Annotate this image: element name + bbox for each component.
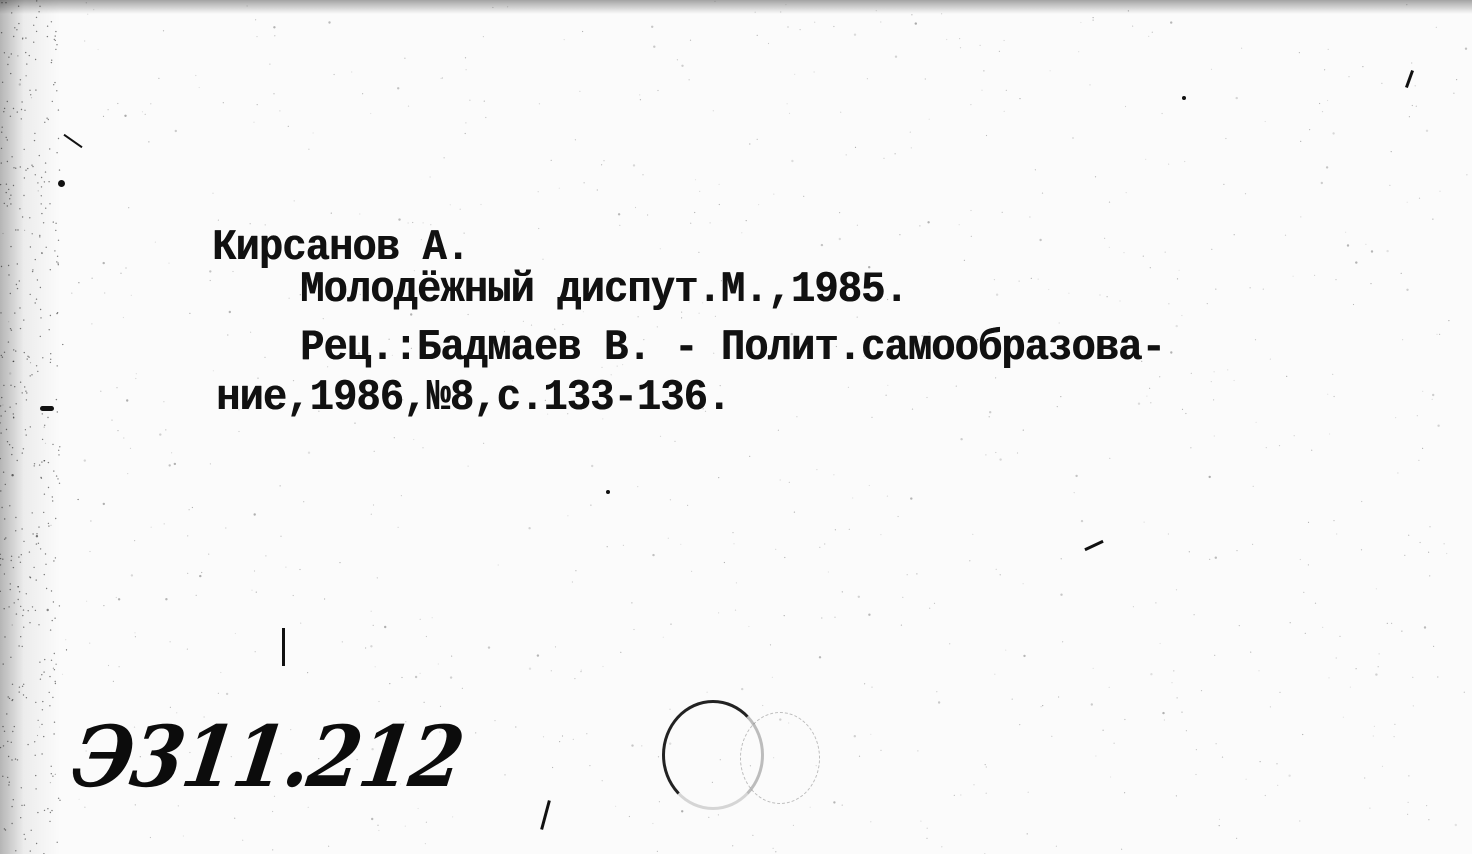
stray-mark xyxy=(1084,540,1103,551)
stray-mark xyxy=(63,134,82,148)
stray-mark xyxy=(540,800,551,830)
card-author: Кирсанов А. xyxy=(212,226,469,270)
stray-mark xyxy=(1405,70,1414,88)
scan-top-edge xyxy=(0,0,1472,14)
catalog-card: Кирсанов А. Молодёжный диспут.М.,1985. Р… xyxy=(0,0,1472,854)
stray-mark xyxy=(58,180,65,187)
card-review: Рец.:Бадмаев В. - Полит.самообразова- xyxy=(300,326,1165,370)
scan-left-edge xyxy=(0,0,60,854)
card-title: Молодёжный диспут.М.,1985. xyxy=(300,268,908,312)
stray-mark xyxy=(282,628,285,666)
stray-mark xyxy=(606,490,610,494)
handwritten-shelfmark: Э311.212 xyxy=(67,712,467,802)
stray-mark xyxy=(1182,96,1186,100)
card-review-continuation: ние,1986,№8,с.133-136. xyxy=(216,376,730,420)
faint-circle-mark xyxy=(740,712,820,804)
stray-mark xyxy=(40,406,54,411)
